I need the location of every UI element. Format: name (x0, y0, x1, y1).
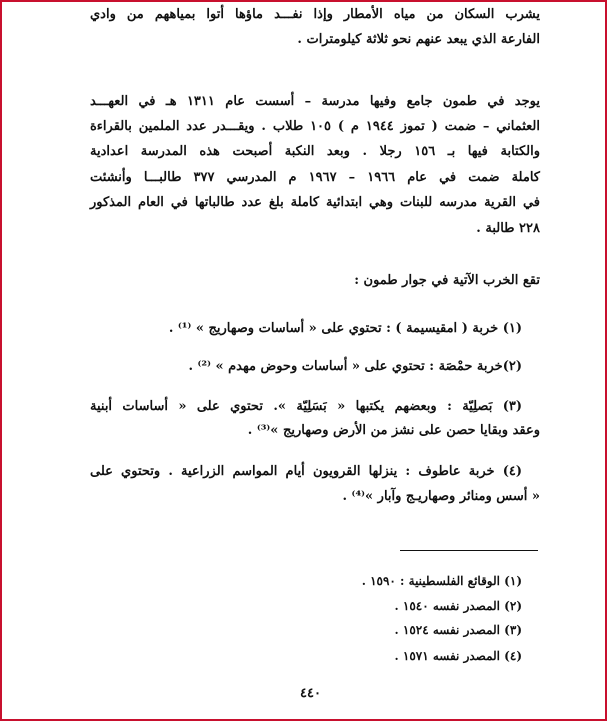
page-number: ٤٤٠ (300, 686, 321, 701)
paragraph-2-line-3: والكتابة فيها بـ ١٥٦ رجلا . وبعد النكبة … (90, 142, 540, 162)
paragraph-2-line-5: في القرية مدرسه للبنات وهي ابتدائية كامل… (90, 193, 540, 213)
paragraph-2-line-6: ٢٢٨ طالبة . (90, 219, 540, 239)
footnote-divider (400, 550, 538, 551)
list-item-3-line-1: (٣) بَصلِيّة : وبعضهم يكتبها « بَسَلِيّة… (90, 397, 522, 417)
list-item-3-line-2: وعقد وبقايا حصن على نشز من الأرض وصهاريج… (90, 421, 540, 441)
list-intro: تقع الخرب الآتية في جوار طمون : (90, 271, 540, 291)
footnote-2: (٢) المصدر نفسه ١٥٤٠ . (395, 597, 522, 615)
footnote-1: (١) الوقائع الفلسطينية : ١٥٩٠ . (362, 572, 522, 590)
paragraph-2-line-1: يوجد في طمون جامع وفيها مدرسة – أسست عام… (90, 92, 540, 112)
paragraph-2-line-2: العثماني – ضمت ( تموز ١٩٤٤ م ) ١٠٥ طلاب … (90, 117, 540, 137)
list-item-4-line-2: « أسس ومنائر وصهاريـج وآبار »⁽⁴⁾ . (90, 487, 540, 507)
list-item-4-line-1: (٤) خربة عاطوف : ينزلها القرويون أيام ال… (90, 462, 522, 482)
document-page: يشرب السكان من مياه الأمطار وإذا نفـــد … (0, 0, 607, 721)
paragraph-1-line-1: يشرب السكان من مياه الأمطار وإذا نفـــد … (90, 5, 540, 25)
footnote-3: (٣) المصدر نفسه ١٥٢٤ . (395, 621, 522, 639)
paragraph-2-line-4: كاملة ضمت في عام ١٩٦٦ – ١٩٦٧ م المدرسي ٣… (90, 168, 540, 188)
list-item-1: (١) خربة ( امقيسيمة ) : تحتوي على « أساس… (90, 319, 522, 339)
footnote-4: (٤) المصدر نفسه ١٥٧١ . (395, 647, 522, 665)
list-item-2: (٢)خربة حمْصَة : تحتوي على « أساسات وحوض… (90, 357, 522, 377)
paragraph-1-line-2: الفارعة الذي يبعد عنهم نحو ثلاثة كيلومتر… (90, 30, 540, 50)
